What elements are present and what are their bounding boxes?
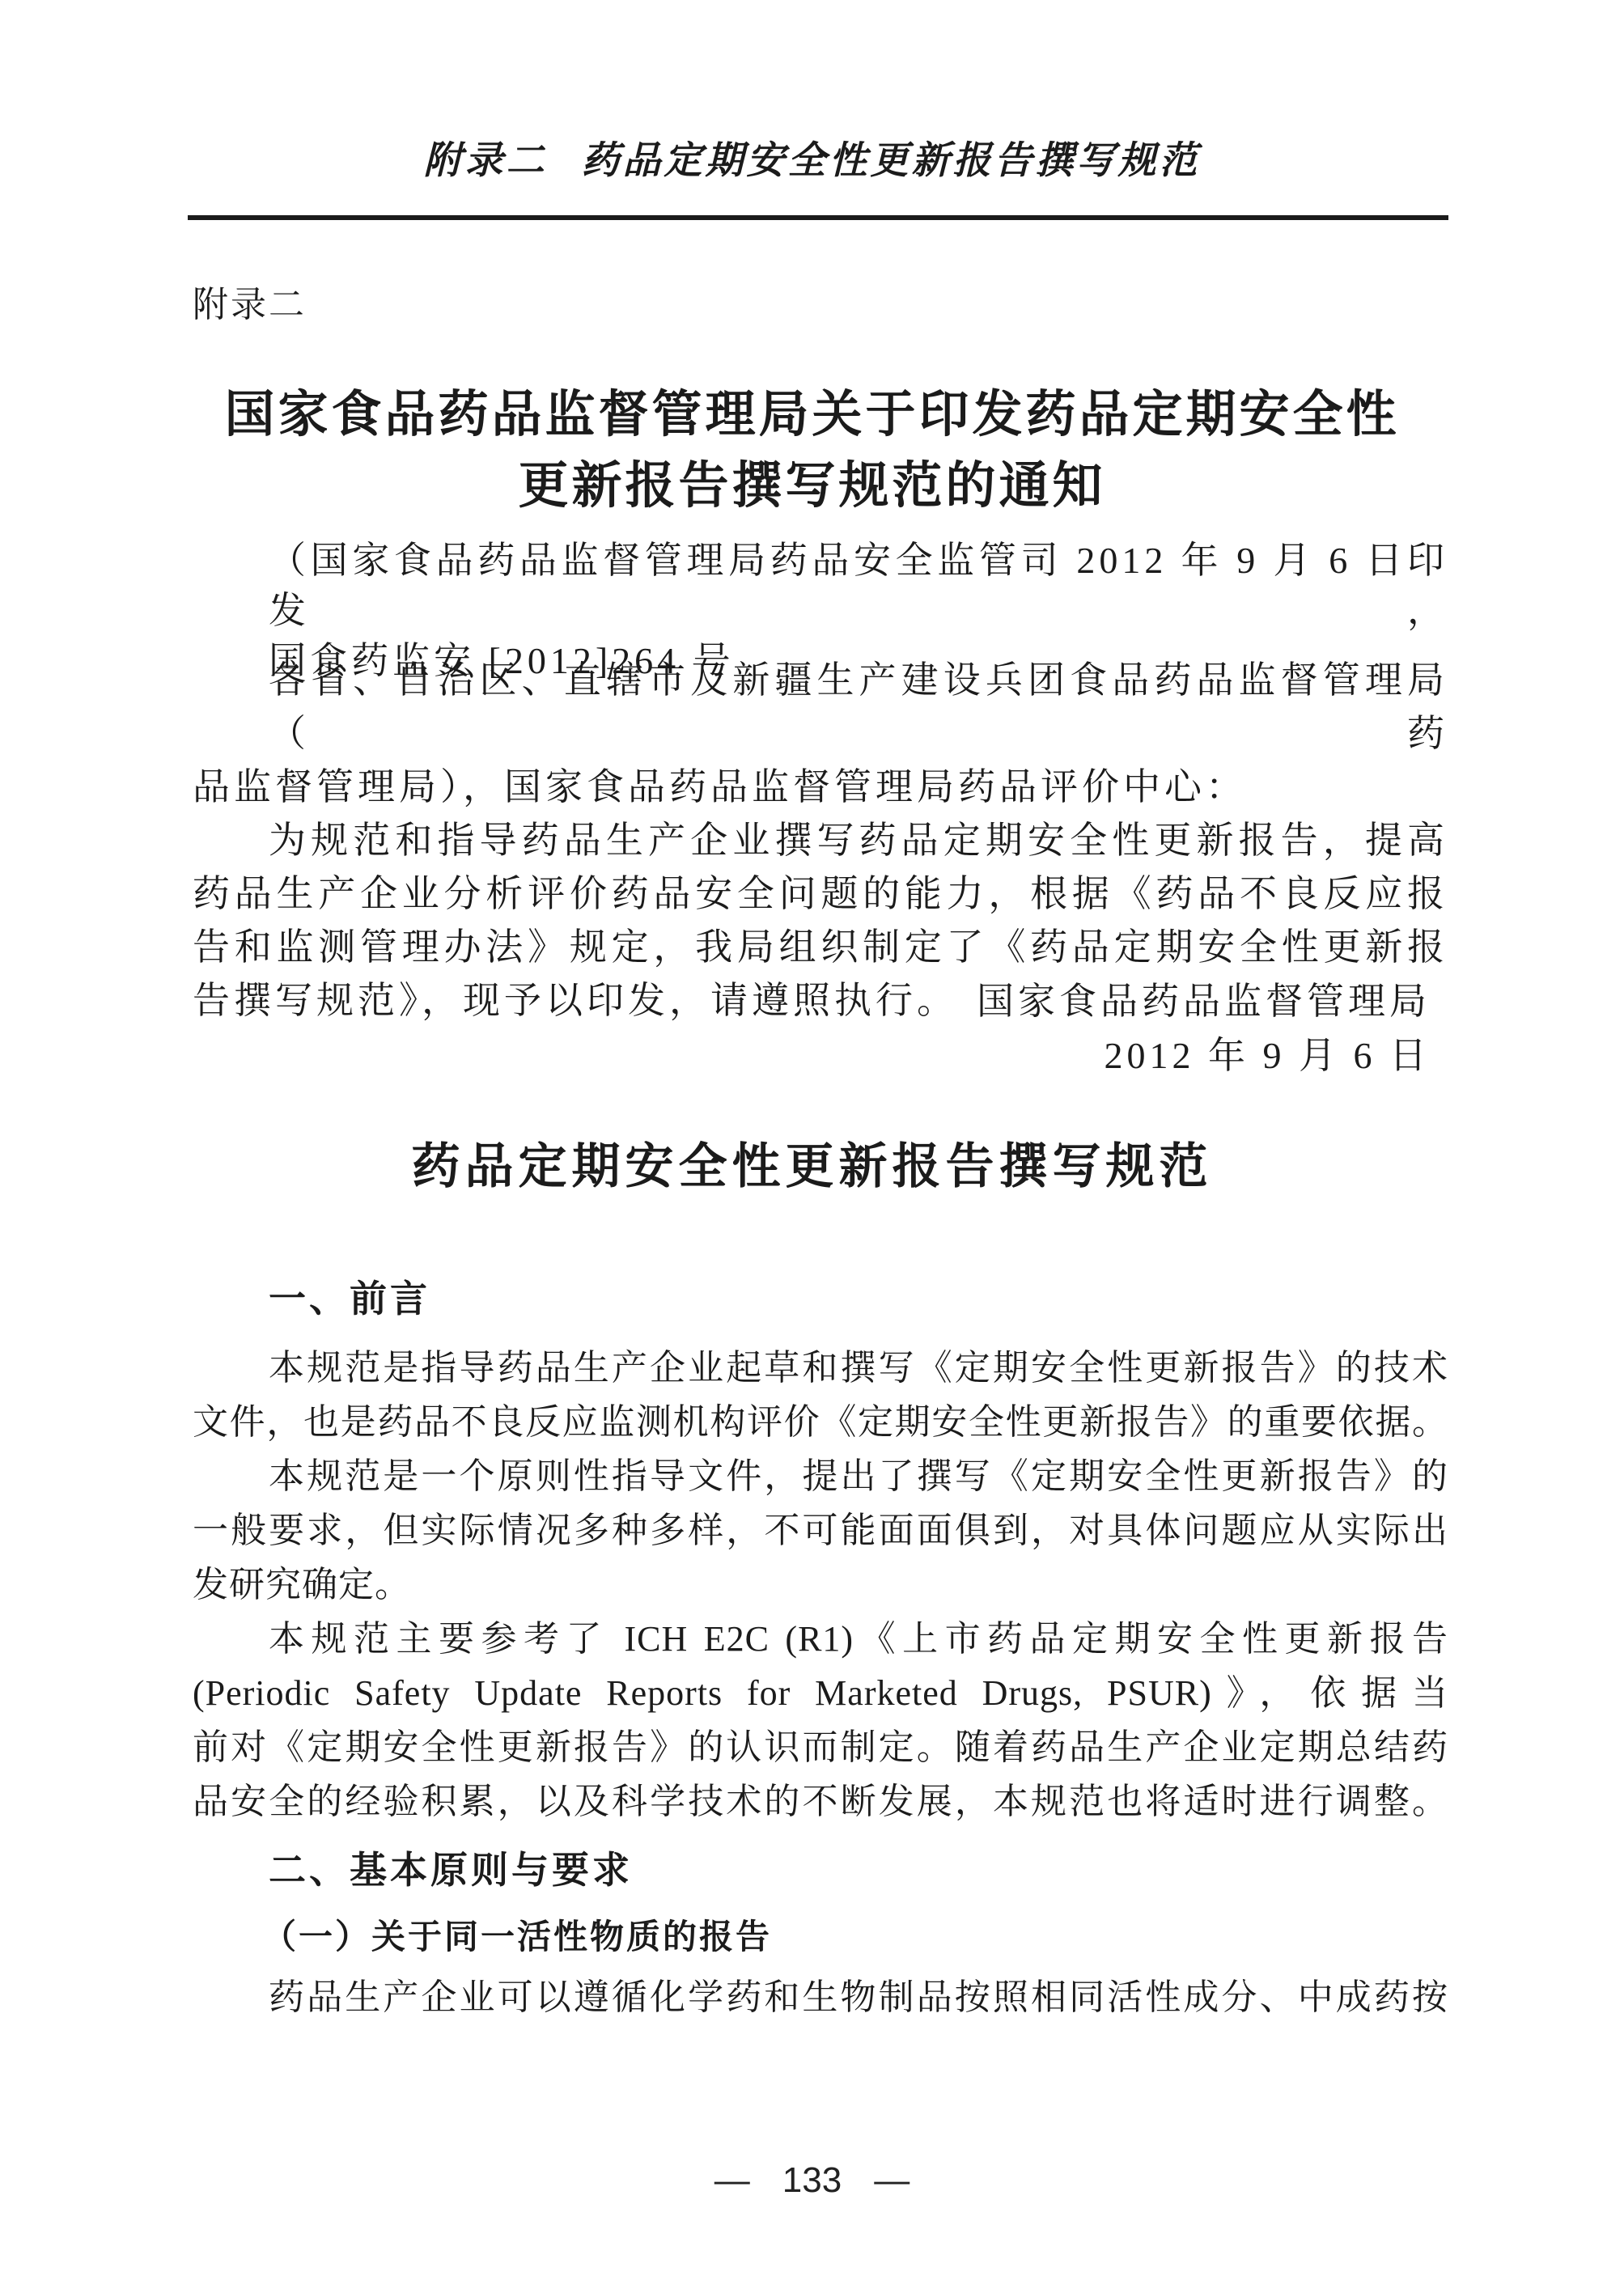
text-line: 本规范主要参考了 ICH E2C (R1)《上市药品定期安全性更新报告 [193,1612,1448,1666]
text-line: 前对《定期安全性更新报告》的认识而制定。随着药品生产企业定期总结药 [193,1720,1448,1774]
running-header: 附录二药品定期安全性更新报告撰写规范 [0,136,1624,184]
text-line: 告和监测管理办法》规定，我局组织制定了《药品定期安全性更新报 [193,921,1448,974]
foreword-paragraph-1: 本规范是指导药品生产企业起草和撰写《定期安全性更新报告》的技术文件，也是药品不良… [193,1341,1448,1449]
text-line: （国家食品药品监督管理局药品安全监管司 2012 年 9 月 6 日印发， [193,536,1448,636]
text-line: 文件，也是药品不良反应监测机构评价《定期安全性更新报告》的重要依据。 [193,1395,1448,1449]
running-header-appendix: 附录二 [424,138,548,181]
foreword-paragraph-2: 本规范是一个原则性指导文件，提出了撰写《定期安全性更新报告》的一般要求，但实际情… [193,1449,1448,1612]
text-line: 一般要求，但实际情况多种多样，不可能面面俱到，对具体问题应从实际出 [193,1503,1448,1558]
running-header-title: 药品定期安全性更新报告撰写规范 [582,138,1201,181]
text-line: 本规范是一个原则性指导文件，提出了撰写《定期安全性更新报告》的 [193,1449,1448,1503]
text-line: 各省、自治区、直辖市及新疆生产建设兵团食品药品监督管理局（药 [193,654,1448,761]
appendix-label: 附录二 [193,284,307,326]
notice-letter: 各省、自治区、直辖市及新疆生产建设兵团食品药品监督管理局（药品监督管理局），国家… [193,654,1448,1028]
text-line: 本规范是指导药品生产企业起草和撰写《定期安全性更新报告》的技术 [193,1341,1448,1395]
text-line: 品安全的经验积累，以及科学技术的不断发展，本规范也将适时进行调整。 [193,1774,1448,1829]
notice-salutation: 各省、自治区、直辖市及新疆生产建设兵团食品药品监督管理局（药品监督管理局），国家… [193,654,1448,814]
document-page: 附录二药品定期安全性更新报告撰写规范 附录二 国家食品药品监督管理局关于印发药品… [0,0,1624,2293]
text-line: 药品生产企业可以遵循化学药和生物制品按照相同活性成分、中成药按 [193,1971,1448,2024]
notice-title: 国家食品药品监督管理局关于印发药品定期安全性 更新报告撰写规范的通知 [0,379,1624,522]
foreword-body: 本规范是指导药品生产企业起草和撰写《定期安全性更新报告》的技术文件，也是药品不良… [193,1341,1448,1829]
footer-right-dash: — [874,2160,910,2200]
notice-date: 2012 年 9 月 6 日 [193,1029,1448,1083]
principles-paragraph-1: 药品生产企业可以遵循化学药和生物制品按照相同活性成分、中成药按 [193,1971,1448,2024]
section-heading-principles: 二、基本原则与要求 [193,1846,1448,1894]
standard-title: 药品定期安全性更新报告撰写规范 [0,1136,1624,1197]
subsection-heading-same-active-substance: （一）关于同一活性物质的报告 [193,1914,1448,1960]
notice-signature: 国家食品药品监督管理局 [193,975,1448,1028]
footer-page-number: 133 [782,2160,842,2200]
text-line: (Periodic Safety Update Reports for Mark… [193,1666,1448,1720]
section-heading-foreword: 一、前言 [193,1274,1448,1323]
foreword-paragraph-3: 本规范主要参考了 ICH E2C (R1)《上市药品定期安全性更新报告(Peri… [193,1612,1448,1829]
text-line: 药品生产企业分析评价药品安全问题的能力，根据《药品不良反应报 [193,867,1448,921]
text-line: 品监督管理局），国家食品药品监督管理局药品评价中心： [193,761,1448,814]
text-line: 发研究确定。 [193,1558,1448,1612]
page-footer: —133— [0,2159,1624,2202]
notice-title-line-1: 国家食品药品监督管理局关于印发药品定期安全性 [0,379,1624,451]
notice-title-line-2: 更新报告撰写规范的通知 [0,451,1624,522]
footer-left-dash: — [714,2160,750,2200]
header-rule [188,215,1448,220]
text-line: 为规范和指导药品生产企业撰写药品定期安全性更新报告，提高 [193,814,1448,867]
